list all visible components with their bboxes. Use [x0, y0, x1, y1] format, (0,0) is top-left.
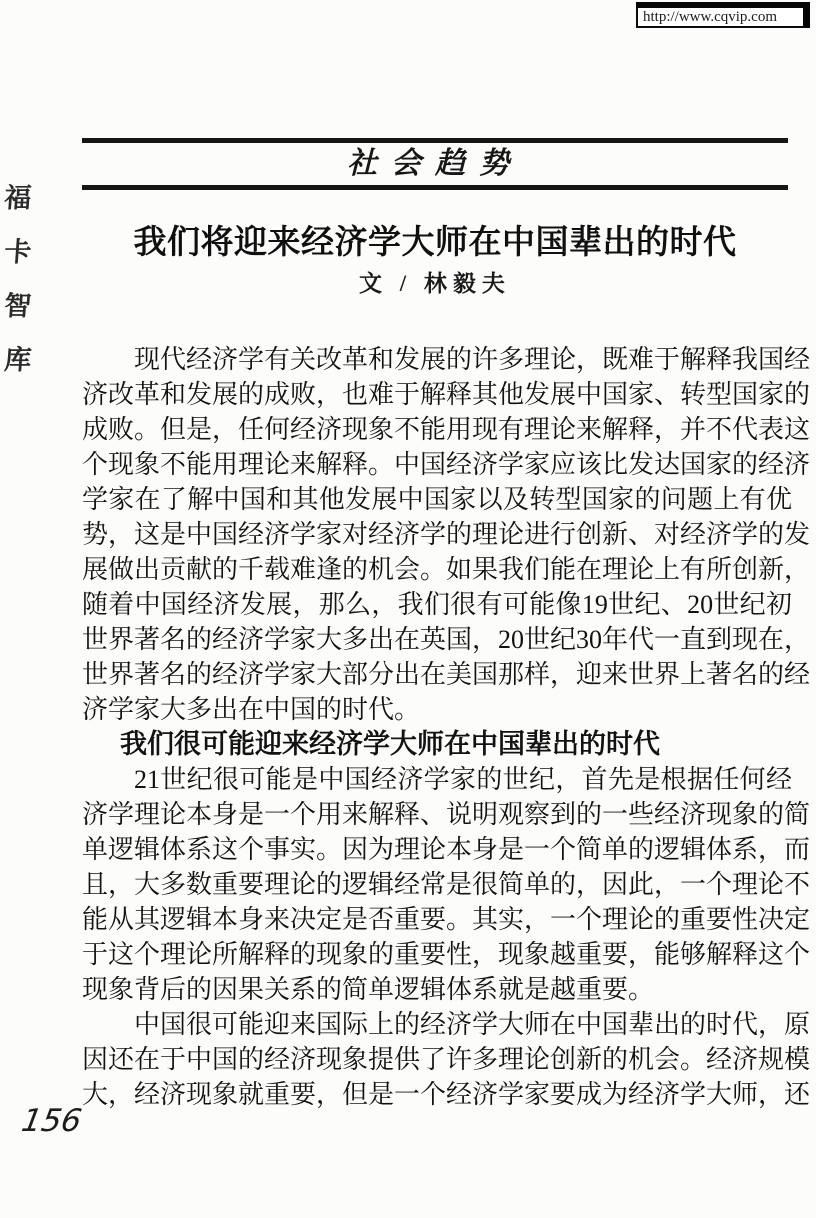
body-line: 现象背后的因果关系的简单逻辑体系就是越重要。 — [82, 972, 792, 1007]
body-line: 学家在了解中国和其他发展中国家以及转型国家的问题上有优 — [82, 482, 792, 517]
side-label-char: 智 — [2, 284, 35, 323]
article-byline: 文 / 林毅夫 — [82, 269, 788, 299]
body-line: 势，这是中国经济学家对经济学的理论进行创新、对经济学的发 — [82, 517, 792, 552]
body-line: 现代经济学有关改革和发展的许多理论，既难于解释我国经 — [82, 342, 792, 377]
side-vertical-label: 福 卡 智 库 — [3, 176, 33, 377]
section-header-rule-block: 社会趋势 — [82, 138, 788, 190]
body-line: 成败。但是，任何经济现象不能用现有理论来解释，并不代表这 — [82, 412, 792, 447]
body-line: 单逻辑体系这个事实。因为理论本身是一个简单的逻辑体系，而 — [82, 832, 792, 867]
side-label-char: 卡 — [2, 230, 35, 269]
side-label-char: 库 — [2, 338, 35, 377]
page-number: 156 — [19, 1103, 85, 1139]
database-watermark-url: http://www.cqvip.com — [636, 2, 810, 28]
body-line: 于这个理论所解释的现象的重要性，现象越重要，能够解释这个 — [82, 937, 792, 972]
body-line: 大，经济现象就重要，但是一个经济学家要成为经济学大师，还 — [82, 1077, 792, 1112]
watermark-url-text: http://www.cqvip.com — [643, 9, 777, 25]
body-line: 因还在于中国的经济现象提供了许多理论创新的机会。经济规模 — [82, 1042, 792, 1077]
section-title: 社会趋势 — [347, 147, 523, 180]
body-line: 个现象不能用理论来解释。中国经济学家应该比发达国家的经济 — [82, 447, 792, 482]
article-subheading: 我们很可能迎来经济学大师在中国辈出的时代 — [82, 727, 792, 762]
body-line: 世界著名的经济学家大部分出在美国那样，迎来世界上著名的经 — [82, 657, 792, 692]
article-body: 现代经济学有关改革和发展的许多理论，既难于解释我国经 济改革和发展的成败，也难于… — [82, 342, 792, 1112]
body-line: 济学家大多出在中国的时代。 — [82, 692, 792, 727]
body-line: 展做出贡献的千载难逢的机会。如果我们能在理论上有所创新， — [82, 552, 792, 587]
article-title: 我们将迎来经济学大师在中国辈出的时代 — [82, 222, 788, 262]
body-line: 济学理论本身是一个用来解释、说明观察到的一些经济现象的简 — [82, 797, 792, 832]
scanned-document-page: { "watermark": { "url": "http://www.cqvi… — [0, 0, 816, 1218]
body-line: 随着中国经济发展，那么，我们很有可能像19世纪、20世纪初 — [82, 587, 792, 622]
body-line: 21世纪很可能是中国经济学家的世纪，首先是根据任何经 — [82, 762, 792, 797]
body-line: 中国很可能迎来国际上的经济学大师在中国辈出的时代，原 — [82, 1007, 792, 1042]
body-line: 能从其逻辑本身来决定是否重要。其实，一个理论的重要性决定 — [82, 902, 792, 937]
body-line: 济改革和发展的成败，也难于解释其他发展中国家、转型国家的 — [82, 377, 792, 412]
body-line: 且，大多数重要理论的逻辑经常是很简单的，因此，一个理论不 — [82, 867, 792, 902]
side-label-char: 福 — [2, 176, 35, 215]
body-line: 世界著名的经济学家大多出在英国，20世纪30年代一直到现在， — [82, 622, 792, 657]
